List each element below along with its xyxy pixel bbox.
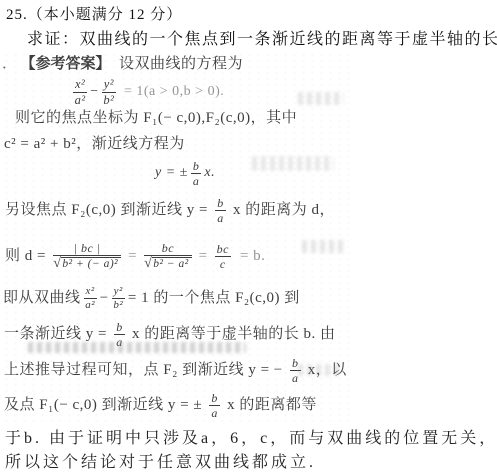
radicand: b² − a² [152, 257, 191, 271]
numerator: b [209, 392, 220, 405]
radical-sign: √ [53, 257, 61, 271]
asymptote-lhs: y = ± [155, 165, 188, 180]
answer-label-line: ．【参考答案】 设双曲线的方程为 [2, 56, 243, 73]
minus-operator: − [90, 84, 98, 99]
fraction-b-a: b a [191, 160, 202, 187]
scan-noise-blob [298, 92, 344, 105]
answer-label: 【参考答案】 [21, 56, 111, 73]
equals-sign: = [128, 248, 137, 265]
footer-conclusion-line-1: 于b. 由于证明中只涉及a，6，c，而与双曲线的位置无关， [5, 425, 497, 448]
radicand: b² + (− a)² [61, 257, 121, 271]
denominator: c [220, 257, 226, 270]
conclusion2-post: x 的距离等于虚半轴的长 b. 由 [128, 326, 336, 343]
denominator: b² [103, 93, 114, 107]
document-page: 25.（本小题满分 12 分） 求证：双曲线的一个焦点到一条渐近线的距离等于虚半… [0, 0, 497, 475]
numerator: y² [112, 286, 125, 298]
fraction-b-a: b a [215, 197, 226, 224]
d-lead: 则 d = [5, 248, 50, 265]
scanned-answer-block: ．【参考答案】 设双曲线的方程为 x² a² − y² b² = 1(a > 0… [2, 52, 354, 422]
denominator: a² [85, 299, 95, 311]
fraction-x2-a2: x² a² [84, 286, 97, 311]
equation-rhs: = 1(a > 0,b > 0). [124, 84, 224, 99]
scan-noise-blob [298, 364, 342, 376]
conclusion4-pre: 及点 F₁(− c,0) 到渐近线 y = ± [4, 397, 206, 414]
distance-pre: 另设焦点 F₂(c,0) 到渐近线 y = [5, 202, 212, 219]
distance-post: x 的距离为 d， [229, 202, 335, 219]
distance-computation: 则 d = | bc | √b² + (− a)² = bc √b² − a² … [5, 232, 265, 280]
denominator: a² [75, 93, 86, 107]
square-root: √b² + (− a)² [53, 257, 121, 271]
equals-sign: = [199, 248, 208, 265]
fraction-bc-sqrt1: | bc | √b² + (− a)² [53, 242, 121, 271]
conclusion1-mid: = 1 的一个焦点 F₂(c,0) 到 [128, 290, 300, 307]
fraction-b-a: b a [209, 392, 220, 419]
numerator: y² [102, 78, 116, 92]
fraction-bc-c: bc c [215, 243, 231, 270]
conclusion-line-3: 上述推导过程可知，点 F₂ 到渐近线 y = − b a x，以 [4, 352, 347, 388]
fraction-x2-a2: x² a² [73, 78, 87, 106]
asymptote-equation: y = ± b a x. [155, 156, 215, 190]
foci-line: 则它的焦点坐标为 F₁(− c,0),F₂(c,0)，其中 [15, 110, 297, 127]
question-statement: 求证：双曲线的一个焦点到一条渐近线的距离等于虚半轴的长. [27, 26, 497, 49]
answer-intro: 设双曲线的方程为 [111, 56, 244, 73]
numerator: b [215, 197, 226, 210]
numerator: x² [73, 78, 87, 92]
minus-operator: − [100, 290, 109, 307]
conclusion-line-4: 及点 F₁(− c,0) 到渐近线 y = ± b a x 的距离都等 [4, 388, 317, 422]
denominator: b² [113, 299, 123, 311]
fraction-y2-b2: y² b² [112, 286, 125, 311]
denominator: a [217, 211, 224, 224]
numerator: b [191, 160, 202, 173]
denominator: a [193, 174, 200, 187]
conclusion2-pre: 一条渐近线 y = [4, 326, 111, 343]
scan-bleedthrough-band [28, 342, 246, 353]
scan-noise-blob [302, 240, 344, 253]
numerator: b [114, 321, 125, 334]
scan-artifact-dot: ． [2, 56, 18, 73]
question-number-line: 25.（本小题满分 12 分） [6, 3, 182, 24]
denominator: a [211, 406, 218, 419]
hyperbola-equation: x² a² − y² b² = 1(a > 0,b > 0). [70, 74, 224, 110]
conclusion3-pre: 上述推导过程可知，点 F₂ 到渐近线 y = − [4, 362, 287, 379]
radical-sign: √ [144, 257, 152, 271]
fraction-bc-sqrt2: bc √b² − a² [144, 242, 192, 271]
numerator: x² [84, 286, 97, 298]
conclusion1-pre: 即从双曲线 [3, 290, 81, 307]
d-tail: = b. [240, 248, 265, 265]
square-root: √b² − a² [144, 257, 192, 271]
scan-noise-blob [252, 156, 334, 171]
numerator: bc [215, 243, 231, 256]
numerator: | bc | [72, 242, 103, 255]
relation-line: c² = a² + b²，渐近线方程为 [4, 136, 185, 153]
denominator: √b² + (− a)² [53, 256, 121, 271]
fraction-y2-b2: y² b² [102, 78, 116, 106]
footer-conclusion-line-2: 所以这个结论对于任意双曲线都成立. [5, 449, 316, 472]
distance-setup-line: 另设焦点 F₂(c,0) 到渐近线 y = b a x 的距离为 d， [5, 192, 335, 228]
denominator: √b² − a² [144, 256, 192, 271]
asymptote-rhs: x. [204, 165, 215, 180]
conclusion4-post: x 的距离都等 [223, 397, 317, 414]
conclusion-line-1: 即从双曲线 x² a² − y² b² = 1 的一个焦点 F₂(c,0) 到 [3, 280, 300, 316]
numerator: bc [160, 242, 176, 255]
